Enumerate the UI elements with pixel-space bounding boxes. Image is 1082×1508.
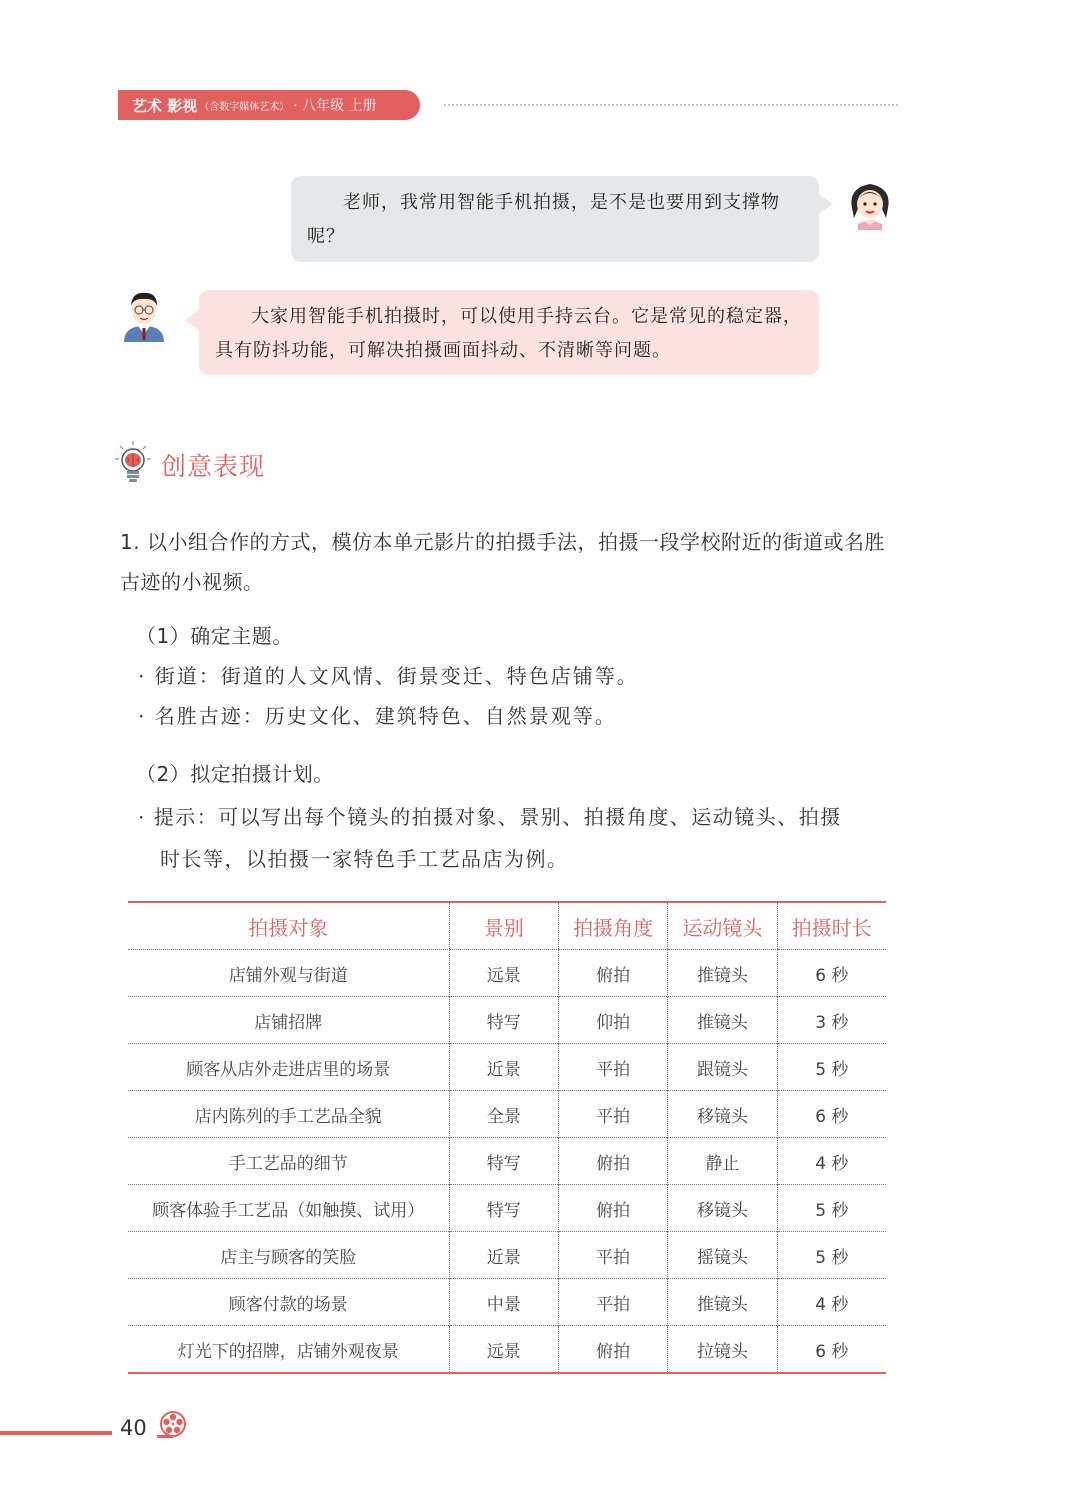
shooting-plan-table: 拍摄对象 景别 拍摄角度 运动镜头 拍摄时长 店铺外观与街道 远景 俯拍 推镜头… [128,901,886,1374]
header-subject: 拍摄对象 [128,902,449,950]
cell-camera-move: 摇镜头 [668,1232,777,1279]
cell-shot-size: 近景 [449,1232,558,1279]
cell-subject: 店内陈列的手工艺品全貌 [128,1091,449,1138]
cell-shot-size: 特写 [449,997,558,1044]
table-row: 顾客付款的场景 中景 平拍 推镜头 4 秒 [128,1279,886,1326]
cell-camera-move: 推镜头 [668,997,777,1044]
cell-duration: 3 秒 [777,997,886,1044]
table-row: 顾客从店外走进店里的场景 近景 平拍 跟镜头 5 秒 [128,1044,886,1091]
header-divider [444,104,898,106]
footer-rule [0,1431,112,1435]
table-row: 店内陈列的手工艺品全貌 全景 平拍 移镜头 6 秒 [128,1091,886,1138]
step-2-heading: （2）拟定拍摄计划。 [136,758,334,787]
cell-camera-move: 拉镜头 [668,1326,777,1374]
table-row: 手工艺品的细节 特写 俯拍 静止 4 秒 [128,1138,886,1185]
table-row: 顾客体验手工艺品（如触摸、试用） 特写 俯拍 移镜头 5 秒 [128,1185,886,1232]
cell-subject: 店铺外观与街道 [128,950,449,997]
student-speech-text: 老师，我常用智能手机拍摄，是不是也要用到支撑物呢？ [307,186,803,254]
table-row: 灯光下的招牌，店铺外观夜景 远景 俯拍 拉镜头 6 秒 [128,1326,886,1374]
step-1-heading: （1）确定主题。 [136,620,293,649]
cell-duration: 6 秒 [777,1326,886,1374]
book-subtitle: （含数字媒体艺术） [199,98,289,113]
table-row: 店铺招牌 特写 仰拍 推镜头 3 秒 [128,997,886,1044]
teacher-avatar [120,288,168,342]
cell-angle: 俯拍 [558,1138,667,1185]
cell-subject: 灯光下的招牌，店铺外观夜景 [128,1326,449,1374]
book-title: 艺术 影视 [132,95,197,116]
cell-camera-move: 跟镜头 [668,1044,777,1091]
step-1-bullet-street: · 街道：街道的人文风情、街景变迁、特色店铺等。 [138,660,639,689]
student-speech-bubble: 老师，我常用智能手机拍摄，是不是也要用到支撑物呢？ [291,176,819,262]
cell-camera-move: 推镜头 [668,950,777,997]
step-2-hint-line-1: · 提示：可以写出每个镜头的拍摄对象、景别、拍摄角度、运动镜头、拍摄 [138,796,903,838]
cell-duration: 5 秒 [777,1232,886,1279]
table-row: 店主与顾客的笑脸 近景 平拍 摇镜头 5 秒 [128,1232,886,1279]
cell-subject: 顾客体验手工艺品（如触摸、试用） [128,1185,449,1232]
book-grade: · 八年级 上册 [293,95,376,115]
film-reel-icon [155,1409,189,1445]
header-camera-move: 运动镜头 [668,902,777,950]
step-2-hint: · 提示：可以写出每个镜头的拍摄对象、景别、拍摄角度、运动镜头、拍摄 时长等，以… [138,796,903,880]
step-2-hint-line-2: 时长等，以拍摄一家特色手工艺品店为例。 [138,838,903,880]
header-angle: 拍摄角度 [558,902,667,950]
task-intro: 1. 以小组合作的方式，模仿本单元影片的拍摄手法，拍摄一段学校附近的街道或名胜古… [120,522,900,602]
cell-shot-size: 近景 [449,1044,558,1091]
cell-shot-size: 特写 [449,1138,558,1185]
page-number: 40 [120,1416,147,1440]
cell-subject: 店铺招牌 [128,997,449,1044]
cell-camera-move: 推镜头 [668,1279,777,1326]
cell-angle: 平拍 [558,1091,667,1138]
cell-duration: 4 秒 [777,1279,886,1326]
cell-subject: 顾客从店外走进店里的场景 [128,1044,449,1091]
section-heading: 创意表现 [115,440,265,490]
cell-subject: 顾客付款的场景 [128,1279,449,1326]
cell-subject: 手工艺品的细节 [128,1138,449,1185]
cell-camera-move: 静止 [668,1138,777,1185]
section-title: 创意表现 [161,447,265,483]
cell-camera-move: 移镜头 [668,1185,777,1232]
cell-angle: 仰拍 [558,997,667,1044]
cell-shot-size: 中景 [449,1279,558,1326]
cell-shot-size: 特写 [449,1185,558,1232]
cell-angle: 俯拍 [558,1185,667,1232]
table-row: 店铺外观与街道 远景 俯拍 推镜头 6 秒 [128,950,886,997]
cell-duration: 6 秒 [777,950,886,997]
cell-shot-size: 全景 [449,1091,558,1138]
lightbulb-brain-icon [115,440,151,490]
teacher-speech-bubble: 大家用智能手机拍摄时，可以使用手持云台。它是常见的稳定器，具有防抖功能，可解决拍… [199,290,819,375]
cell-angle: 平拍 [558,1044,667,1091]
header-tab: 艺术 影视 （含数字媒体艺术） · 八年级 上册 [118,90,420,120]
cell-duration: 6 秒 [777,1091,886,1138]
cell-angle: 平拍 [558,1232,667,1279]
teacher-speech-text: 大家用智能手机拍摄时，可以使用手持云台。它是常见的稳定器，具有防抖功能，可解决拍… [215,300,803,368]
cell-duration: 5 秒 [777,1185,886,1232]
cell-shot-size: 远景 [449,1326,558,1374]
table-header-row: 拍摄对象 景别 拍摄角度 运动镜头 拍摄时长 [128,902,886,950]
cell-shot-size: 远景 [449,950,558,997]
cell-angle: 平拍 [558,1279,667,1326]
cell-camera-move: 移镜头 [668,1091,777,1138]
cell-angle: 俯拍 [558,950,667,997]
step-1-bullet-landmark: · 名胜古迹：历史文化、建筑特色、自然景观等。 [138,700,617,729]
cell-duration: 4 秒 [777,1138,886,1185]
header-shot-size: 景别 [449,902,558,950]
cell-duration: 5 秒 [777,1044,886,1091]
student-girl-avatar [846,178,894,230]
cell-subject: 店主与顾客的笑脸 [128,1232,449,1279]
cell-angle: 俯拍 [558,1326,667,1374]
header-duration: 拍摄时长 [777,902,886,950]
